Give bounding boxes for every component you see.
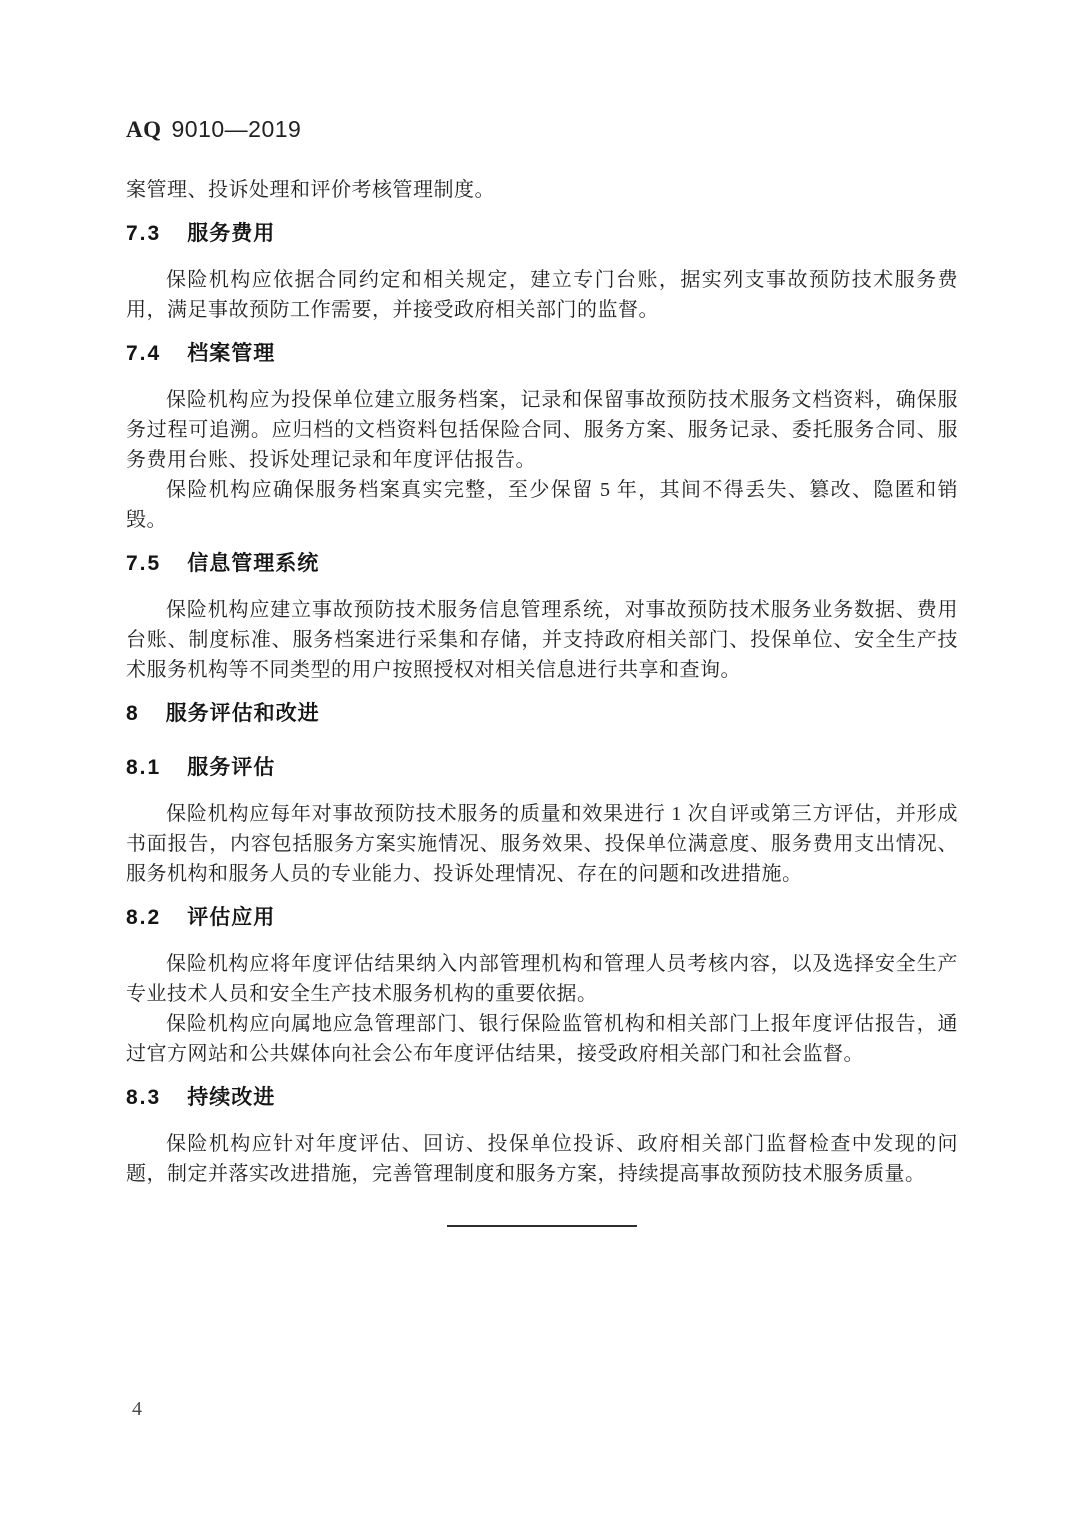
heading-number: 8.3: [126, 1083, 161, 1113]
section-heading-8-1: 8.1服务评估: [126, 753, 958, 783]
paragraph: 保险机构应为投保单位建立服务档案，记录和保留事故预防技术服务文档资料，确保服务过…: [126, 385, 958, 475]
standard-code: AQ: [126, 117, 162, 142]
section-heading-8-3: 8.3持续改进: [126, 1083, 958, 1113]
heading-number: 8.1: [126, 753, 161, 783]
paragraph: 保险机构应确保服务档案真实完整，至少保留 5 年，其间不得丢失、篡改、隐匿和销毁…: [126, 475, 958, 535]
end-of-document-rule: [447, 1225, 637, 1227]
heading-title: 信息管理系统: [187, 552, 319, 575]
heading-title: 档案管理: [187, 342, 275, 365]
section-heading-7-5: 7.5信息管理系统: [126, 549, 958, 579]
heading-number: 8.2: [126, 903, 161, 933]
heading-number: 8: [126, 699, 140, 729]
heading-title: 持续改进: [187, 1086, 275, 1109]
section-heading-7-4: 7.4档案管理: [126, 339, 958, 369]
heading-number: 7.3: [126, 219, 161, 249]
section-heading-8-2: 8.2评估应用: [126, 903, 958, 933]
heading-number: 7.5: [126, 549, 161, 579]
paragraph: 保险机构应针对年度评估、回访、投保单位投诉、政府相关部门监督检查中发现的问题，制…: [126, 1129, 958, 1189]
standard-number-header: AQ9010—2019: [126, 114, 958, 145]
paragraph: 保险机构应向属地应急管理部门、银行保险监管机构和相关部门上报年度评估报告，通过官…: [126, 1009, 958, 1069]
section-heading-7-3: 7.3服务费用: [126, 219, 958, 249]
page-number: 4: [132, 1398, 142, 1421]
paragraph-continuation: 案管理、投诉处理和评价考核管理制度。: [126, 175, 958, 205]
heading-title: 服务费用: [187, 222, 275, 245]
heading-title: 服务评估: [187, 756, 275, 779]
chapter-heading-8: 8服务评估和改进: [126, 699, 958, 729]
heading-title: 评估应用: [187, 906, 275, 929]
document-page: AQ9010—2019 案管理、投诉处理和评价考核管理制度。 7.3服务费用 保…: [0, 0, 1080, 1527]
paragraph: 保险机构应每年对事故预防技术服务的质量和效果进行 1 次自评或第三方评估，并形成…: [126, 799, 958, 889]
paragraph: 保险机构应建立事故预防技术服务信息管理系统，对事故预防技术服务业务数据、费用台账…: [126, 595, 958, 685]
paragraph: 保险机构应依据合同约定和相关规定，建立专门台账，据实列支事故预防技术服务费用，满…: [126, 265, 958, 325]
page-content: AQ9010—2019 案管理、投诉处理和评价考核管理制度。 7.3服务费用 保…: [0, 0, 1080, 1227]
heading-number: 7.4: [126, 339, 161, 369]
heading-title: 服务评估和改进: [166, 702, 320, 725]
paragraph: 保险机构应将年度评估结果纳入内部管理机构和管理人员考核内容，以及选择安全生产专业…: [126, 949, 958, 1009]
standard-year-number: 9010—2019: [172, 116, 302, 142]
